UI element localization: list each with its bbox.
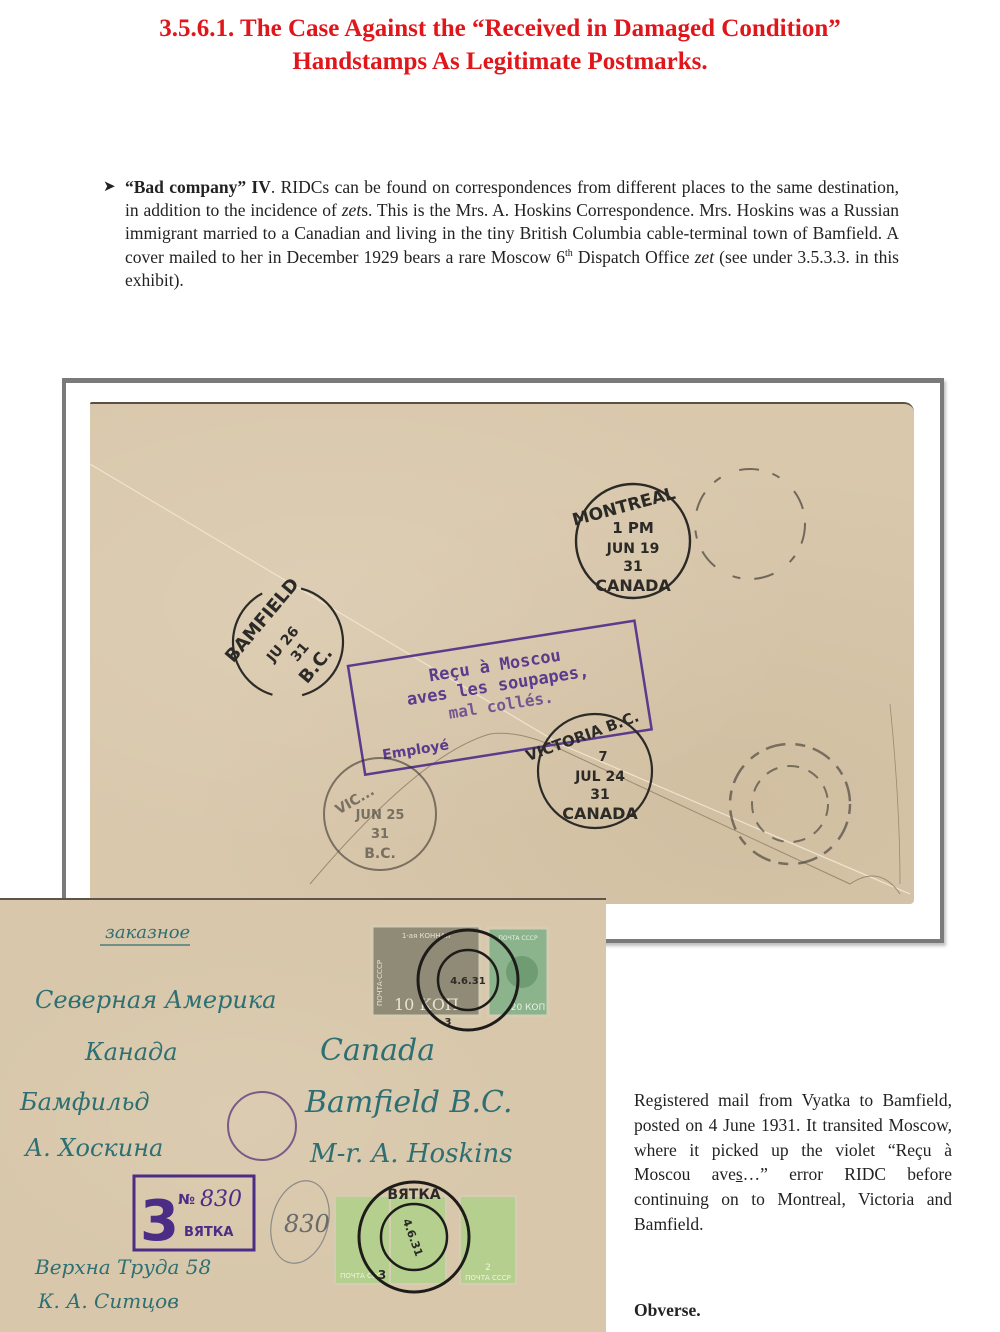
victoria-postmark-faint: VIC... JUN 25 31 B.C. bbox=[324, 758, 436, 870]
intro-lead: “Bad company” IV bbox=[125, 177, 271, 197]
svg-text:К. А. Ситцов: К. А. Ситцов bbox=[37, 1289, 179, 1313]
victoria-postmark: VICTORIA B.C. 7 JUL 24 31 CANADA bbox=[523, 707, 652, 828]
caption-underlined-letter: s bbox=[736, 1164, 743, 1184]
svg-text:ПОЧТА СССР: ПОЧТА СССР bbox=[465, 1274, 511, 1282]
stamp-10-kop: 1-ая КОННАЯ ПОЧТА-СССР 10 КОП bbox=[372, 926, 480, 1016]
svg-text:Canada: Canada bbox=[320, 1033, 435, 1068]
svg-text:3: 3 bbox=[445, 1017, 452, 1028]
title-line-2: Handstamps As Legitimate Postmarks. bbox=[0, 45, 1000, 78]
svg-text:31: 31 bbox=[623, 559, 642, 575]
svg-text:7: 7 bbox=[598, 750, 607, 765]
svg-text:№: № bbox=[178, 1192, 195, 1208]
faint-postmark bbox=[695, 469, 805, 579]
svg-text:4.6.31: 4.6.31 bbox=[450, 976, 485, 987]
obverse-label: Obverse. bbox=[634, 1300, 701, 1321]
svg-text:А. Хоскина: А. Хоскина bbox=[23, 1134, 163, 1162]
svg-text:31: 31 bbox=[371, 827, 389, 842]
intro-italic-zets: zet bbox=[342, 200, 361, 220]
svg-text:ВЯТКА: ВЯТКА bbox=[387, 1187, 440, 1203]
svg-text:Северная Америка: Северная Америка bbox=[35, 986, 276, 1014]
svg-text:830: 830 bbox=[284, 1210, 330, 1238]
svg-text:Верхна Труда 58: Верхна Труда 58 bbox=[34, 1255, 211, 1279]
svg-text:1 PM: 1 PM bbox=[612, 519, 654, 537]
svg-text:3: 3 bbox=[378, 1268, 386, 1282]
svg-text:830: 830 bbox=[200, 1187, 242, 1212]
svg-text:B.C.: B.C. bbox=[364, 846, 396, 862]
obverse-cover-image: 1-ая КОННАЯ ПОЧТА-СССР 10 КОП ПОЧТА СССР… bbox=[0, 898, 606, 1332]
svg-text:ВЯТКА: ВЯТКА bbox=[184, 1225, 233, 1240]
svg-text:JUN 25: JUN 25 bbox=[355, 808, 405, 823]
montreal-postmark: MONTREAL 1 PM JUN 19 31 CANADA bbox=[570, 484, 690, 598]
svg-text:JUN 19: JUN 19 bbox=[606, 541, 660, 557]
svg-text:M-r. A. Hoskins: M-r. A. Hoskins bbox=[309, 1139, 513, 1169]
svg-text:Канада: Канада bbox=[84, 1038, 178, 1066]
svg-text:JUL 24: JUL 24 bbox=[574, 769, 625, 785]
svg-text:Bamfield B.C.: Bamfield B.C. bbox=[304, 1085, 512, 1120]
svg-text:2: 2 bbox=[485, 1263, 491, 1273]
bamfield-postmark: BAMFIELD JU 26 31 B.C. bbox=[211, 565, 366, 720]
obverse-cover-drawing: 1-ая КОННАЯ ПОЧТА-СССР 10 КОП ПОЧТА СССР… bbox=[0, 900, 606, 1332]
reverse-cover-image: BAMFIELD JU 26 31 B.C. MONTREAL 1 PM JUN… bbox=[90, 402, 914, 904]
page-title: 3.5.6.1. The Case Against the “Received … bbox=[0, 12, 1000, 78]
svg-text:CANADA: CANADA bbox=[595, 576, 671, 595]
svg-text:20 КОП: 20 КОП bbox=[511, 1003, 546, 1013]
intro-italic-zet: zet bbox=[695, 247, 714, 267]
registration-label: 3 № 830 ВЯТКА bbox=[134, 1176, 254, 1254]
faint-postmark-bottom-right bbox=[730, 744, 850, 864]
title-line-1: 3.5.6.1. The Case Against the “Received … bbox=[0, 12, 1000, 45]
svg-text:CANADA: CANADA bbox=[562, 804, 638, 823]
intro-paragraph: ➤ “Bad company” IV. RIDCs can be found o… bbox=[103, 176, 899, 292]
svg-text:3: 3 bbox=[140, 1189, 179, 1254]
arrow-bullet-icon: ➤ bbox=[103, 176, 116, 199]
handwriting-zakaznoe: заказное bbox=[105, 922, 190, 943]
svg-text:31: 31 bbox=[590, 787, 609, 803]
intro-superscript: th bbox=[565, 248, 573, 259]
envelope-flap-lines: BAMFIELD JU 26 31 B.C. MONTREAL 1 PM JUN… bbox=[90, 404, 914, 904]
svg-text:Бамфильд: Бамфильд bbox=[19, 1088, 150, 1116]
cover-caption: Registered mail from Vyatka to Bamfield,… bbox=[634, 1088, 952, 1237]
intro-text: Dispatch Office bbox=[573, 247, 695, 267]
svg-text:ПОЧТА СССР: ПОЧТА СССР bbox=[498, 935, 538, 942]
svg-text:ПОЧТА-СССР: ПОЧТА-СССР bbox=[376, 960, 384, 1006]
